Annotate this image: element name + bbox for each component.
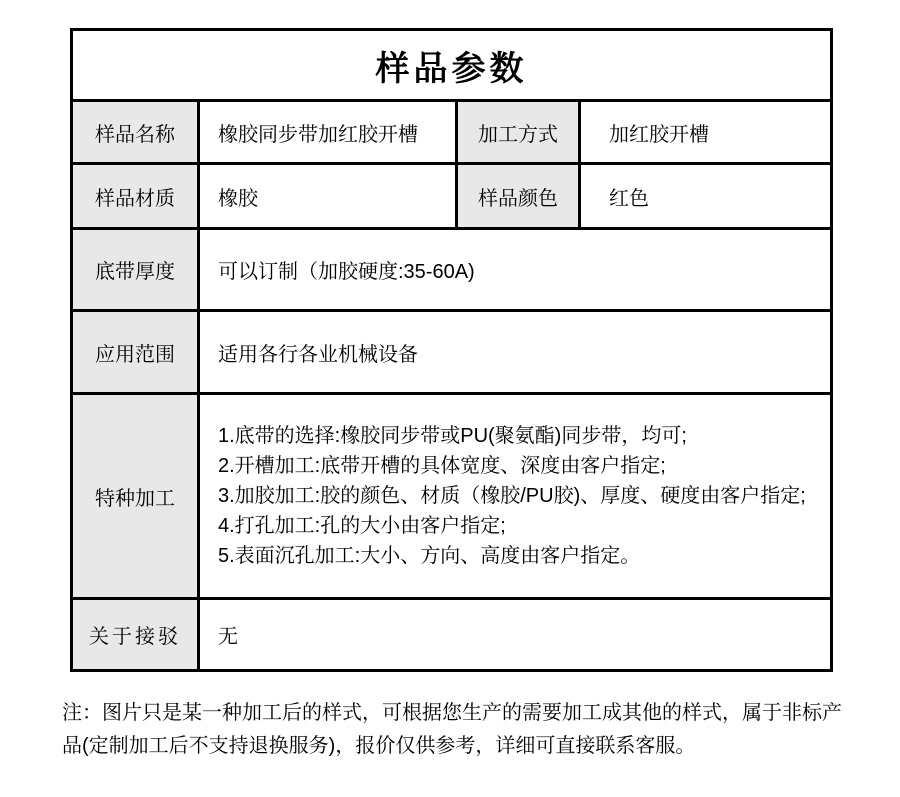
row-label-special-processing: 特种加工 [72,394,199,599]
row-label-sample-name: 样品名称 [72,101,199,164]
row-label-application-range: 应用范围 [72,311,199,394]
row-label-processing-method: 加工方式 [457,101,580,164]
row-value-application-range: 适用各行各业机械设备 [199,311,832,394]
title-row: 样品参数 [72,30,832,101]
special-processing-list: 1.底带的选择:橡胶同步带或PU(聚氨酯)同步带，均可; 2.开槽加工:底带开槽… [218,417,820,575]
row-label-sample-color: 样品颜色 [457,164,580,229]
table-row: 样品材质 橡胶 样品颜色 红色 [72,164,832,229]
row-value-sample-material: 橡胶 [199,164,457,229]
row-value-special-processing: 1.底带的选择:橡胶同步带或PU(聚氨酯)同步带，均可; 2.开槽加工:底带开槽… [199,394,832,599]
table-row: 底带厚度 可以订制（加胶硬度:35-60A) [72,229,832,311]
list-item: 2.开槽加工:底带开槽的具体宽度、深度由客户指定; [218,451,820,481]
row-value-sample-color: 红色 [580,164,832,229]
page-title: 样品参数 [376,50,528,88]
row-value-base-thickness: 可以订制（加胶硬度:35-60A) [199,229,832,311]
row-value-sample-name: 橡胶同步带加红胶开槽 [199,101,457,164]
row-value-about-joint: 无 [199,599,832,671]
row-label-base-thickness: 底带厚度 [72,229,199,311]
list-item: 4.打孔加工:孔的大小由客户指定; [218,511,820,541]
table-row: 关于接驳 无 [72,599,832,671]
table-row: 特种加工 1.底带的选择:橡胶同步带或PU(聚氨酯)同步带，均可; 2.开槽加工… [72,394,832,599]
spec-table: 样品参数 样品名称 橡胶同步带加红胶开槽 加工方式 加红胶开槽 样品材质 橡胶 … [70,28,833,672]
row-label-sample-material: 样品材质 [72,164,199,229]
row-value-processing-method: 加红胶开槽 [580,101,832,164]
list-item: 3.加胶加工:胶的颜色、材质（橡胶/PU胶)、厚度、硬度由客户指定; [218,481,820,511]
list-item: 5.表面沉孔加工:大小、方向、高度由客户指定。 [218,541,820,571]
table-row: 样品名称 橡胶同步带加红胶开槽 加工方式 加红胶开槽 [72,101,832,164]
row-label-about-joint: 关于接驳 [72,599,199,671]
page: 样品参数 样品名称 橡胶同步带加红胶开槽 加工方式 加红胶开槽 样品材质 橡胶 … [0,0,900,797]
list-item: 1.底带的选择:橡胶同步带或PU(聚氨酯)同步带，均可; [218,421,820,451]
footer-note: 注：图片只是某一种加工后的样式，可根据您生产的需要加工成其他的样式，属于非标产品… [62,697,842,763]
table-row: 应用范围 适用各行各业机械设备 [72,311,832,394]
title-cell: 样品参数 [72,30,832,101]
